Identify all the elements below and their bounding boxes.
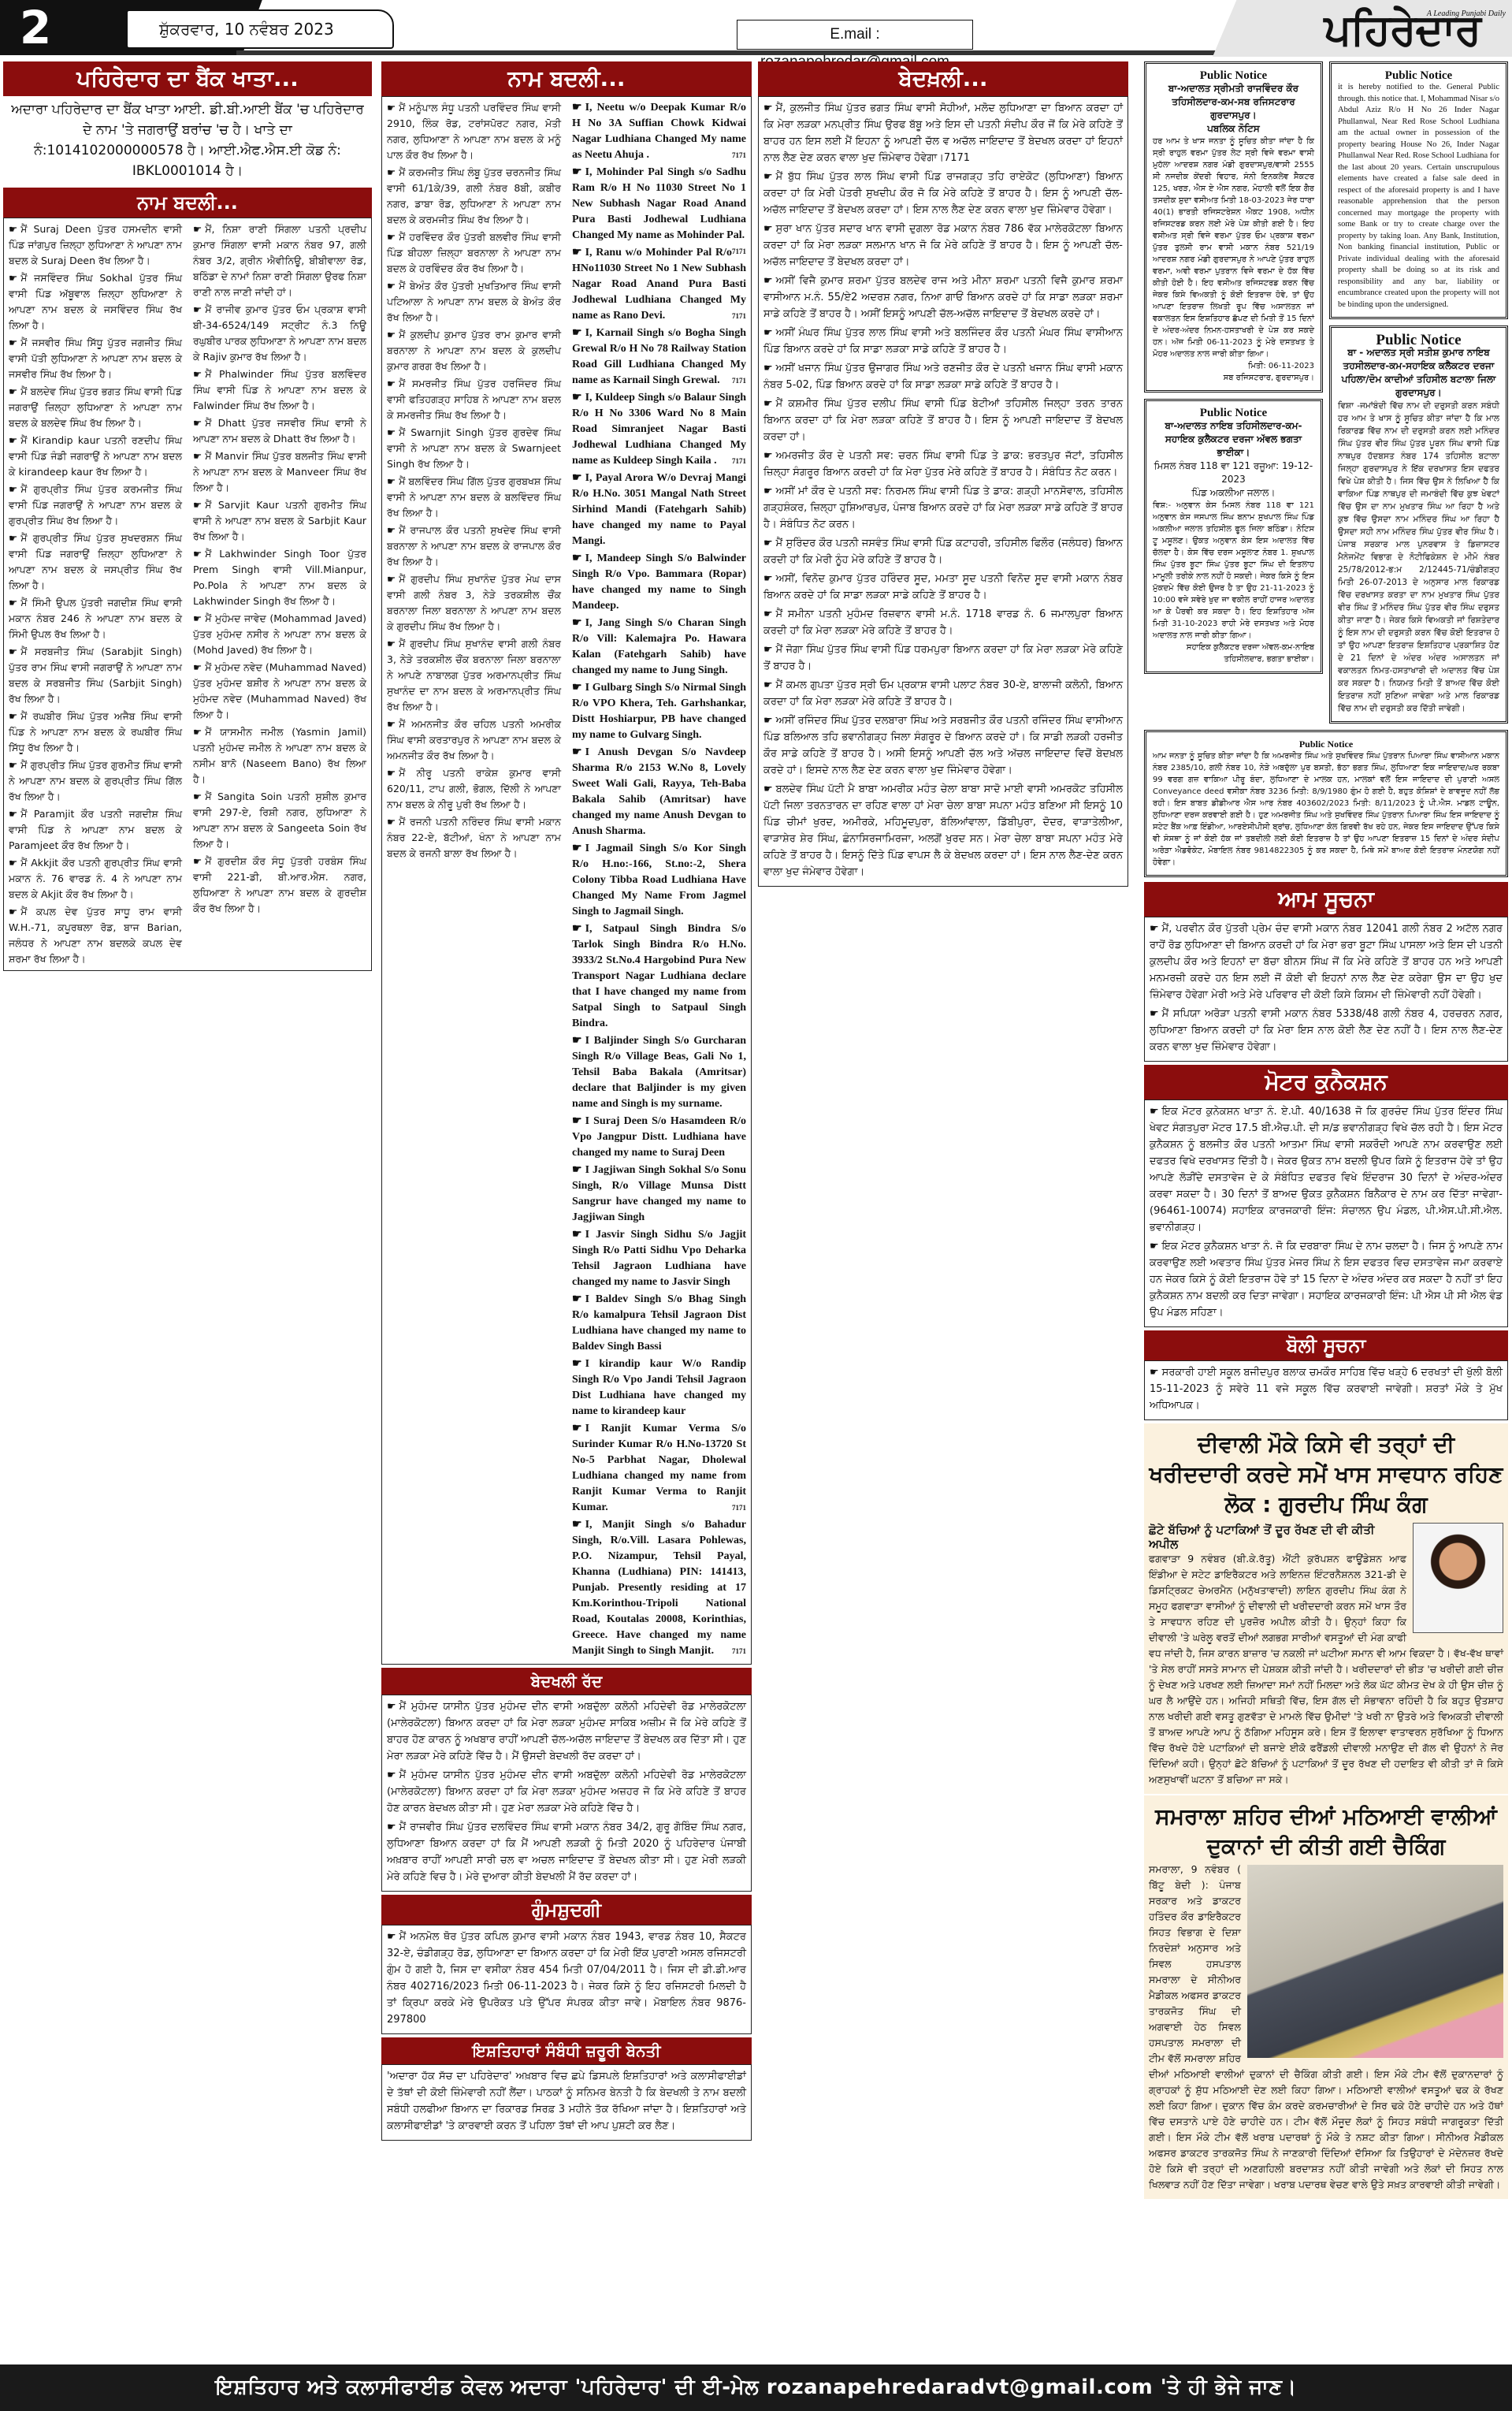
notice-text: ਅਸੀਂ ਰਜਿੰਦਰ ਸਿੰਘ ਪੁੱਤਰ ਦਲਬਾਰਾ ਸਿੰਘ ਅਤੇ ਸ… <box>763 715 1123 776</box>
notice-text: ਅਸੀਂ ਖਜਾਨ ਸਿੰਘ ਪੁੱਤਰ ਉਜਾਗਰ ਸਿੰਘ ਅਤੇ ਰਣਜੀ… <box>763 363 1123 391</box>
notice-text: ਮੈਂ ਰਘਬੀਰ ਸਿੰਘ ਪੁੱਤਰ ਅਜੈਬ ਸਿੰਘ ਵਾਸੀ ਪਿੰਡ… <box>9 710 182 753</box>
pointing-hand-icon: ☛ <box>1150 1106 1159 1118</box>
ad-request-heading: ਇਸ਼ਤਿਹਾਰਾਂ ਸੰਬੰਧੀ ਜ਼ਰੂਰੀ ਬੇਨਤੀ <box>381 2037 752 2064</box>
notice-text: ਮੈਂ Sangita Soin ਪਤਨੀ ਸੁਸ਼ੀਲ ਕੁਮਾਰ ਵਾਸੀ … <box>193 791 366 850</box>
pointing-hand-icon: ☛ <box>763 450 773 462</box>
notice-text: ਇਕ ਮੋਟਰ ਕੁਨੇਕਸ਼ਨ ਖਾਤਾ ਨੰ. ਏ.ਪੀ. 40/1638 … <box>1150 1106 1503 1233</box>
column-3: ਬੇਦਖ਼ਲੀ... ☛ਮੈਂ, ਕੁਲਜੀਤ ਸਿੰਘ ਪੁੱਤਰ ਭਗਤ ਸ… <box>758 61 1128 887</box>
pointing-hand-icon: ☛ <box>763 644 773 656</box>
notice-item: ☛ਅਸੀਂ ਖਜਾਨ ਸਿੰਘ ਪੁੱਤਰ ਉਜਾਗਰ ਸਿੰਘ ਅਤੇ ਰਣਜ… <box>763 360 1123 393</box>
notice-item: ☛I, Ranu w/o Mohinder Pal R/o HNo11030 S… <box>572 245 746 324</box>
pointing-hand-icon: ☛ <box>572 247 582 259</box>
notice-item: ☛ਮੈਂ Swarnjit Singh ਪੁੱਤਰ ਗੁਰਦੇਵ ਸਿੰਘ ਵਾ… <box>387 425 561 472</box>
notice-item: ☛ਮੈਂ, ਕੁਲਜੀਤ ਸਿੰਘ ਪੁੱਤਰ ਭਗਤ ਸਿੰਘ ਵਾਸੀ ਸੋ… <box>763 100 1123 166</box>
notice-text: I, Ranu w/o Mohinder Pal R/o HNo11030 St… <box>572 247 746 322</box>
notice-text: ਮੈਂ ਅਮਨਜੀਤ ਕੌਰ ਚਹਿਲ ਪਤਨੀ ਅਮਰੀਕ ਸਿੰਘ ਵਾਸੀ… <box>387 718 561 761</box>
pointing-hand-icon: ☛ <box>9 597 17 608</box>
pointing-hand-icon: ☛ <box>193 612 202 624</box>
pointing-hand-icon: ☛ <box>1150 1241 1159 1252</box>
notice-item: ☛ਮੈਂ ਕਰਮਜੀਤ ਸਿੰਘ ਲੰਬੂ ਪੁੱਤਰ ਚਰਨਜੀਤ ਸਿੰਘ … <box>387 165 561 228</box>
bank-account-details: ਅਦਾਰਾ ਪਹਿਰੇਦਾਰ ਦਾ ਬੈਂਕ ਖਾਤਾ ਆਈ. ਡੀ.ਬੀ.ਆਈ… <box>3 96 372 188</box>
pointing-hand-icon: ☛ <box>193 223 202 235</box>
pointing-hand-icon: ☛ <box>9 646 17 657</box>
notice-item: ☛I Anush Devgan S/o Navdeep Sharma R/o 2… <box>572 745 746 839</box>
pointing-hand-icon: ☛ <box>9 532 17 544</box>
notice-date: ਮਿਤੀ: 06-11-2023 <box>1153 360 1314 372</box>
notice-text: ਮੈਂ ਜਸਵਿੰਦਰ ਸਿੰਘ Sokhal ਪੁੱਤਰ ਸਿੰਘ ਵਾਸੀ … <box>9 272 182 331</box>
notice-text: ਮੈਂ ਜਸਵੀਰ ਸਿੰਘ ਸਿੱਧੂ ਪੁੱਤਰ ਜਗਜੀਤ ਸਿੰਘ ਵਾ… <box>9 337 182 380</box>
disinheritance-heading: ਬੇਦਖ਼ਲੀ... <box>758 61 1128 96</box>
notice-text: ਸੁਰਾ ਖਾਨ ਪੁੱਤਰ ਸਦਾਰ ਖਾਨ ਵਾਸੀ ਦੁਗਲਾ ਰੋਡ ਮ… <box>763 223 1123 268</box>
notice-title: Public Notice <box>1153 407 1314 419</box>
notice-text: I, Jang Singh S/o Charan Singh R/o Vill:… <box>572 617 746 676</box>
notice-item: ☛ਮੈਂ ਰਾਜਪਾਲ ਕੌਰ ਪਤਨੀ ਸੁਖਦੇਵ ਸਿੰਘ ਵਾਸੀ ਬਰ… <box>387 523 561 570</box>
notice-item: ☛ਮੈਂ ਕਪਲ ਦੇਵ ਪੁੱਤਰ ਸਾਧੂ ਰਾਮ ਵਾਸੀ W.H.-71… <box>9 904 182 967</box>
name-change-list-1: ☛ਮੈਂ Suraj Deen ਪੁੱਤਰ ਹਸਮਦੀਨ ਵਾਸੀ ਪਿੰਡ ਜ… <box>3 218 372 971</box>
notice-item: ☛ਮੈਂ ਅਮਨਜੀਤ ਕੌਰ ਚਹਿਲ ਪਤਨੀ ਅਮਰੀਕ ਸਿੰਘ ਵਾਸ… <box>387 716 561 764</box>
notice-item: ☛ਮੈਂ ਰਜਨੀ ਪਤਨੀ ਨਰਿੰਦਰ ਸਿੰਘ ਵਾਸੀ ਮਕਾਨ ਨੰਬ… <box>387 814 561 861</box>
notice-text: I Jasvir Singh Sidhu S/o Jagjit Singh R/… <box>572 1229 746 1288</box>
notice-item: ☛ਮੈਂ ਹਰਵਿੰਦਰ ਕੌਰ ਪੁੱਤਰੀ ਬਲਵੀਰ ਸਿੰਘ ਵਾਸੀ … <box>387 229 561 277</box>
notice-text: ਮੈਂ ਬਲਵਿੰਦਰ ਸਿੰਘ ਗਿੱਲ ਪੁੱਤਰ ਗੁਰਬਖਸ਼ ਸਿੰਘ… <box>387 475 561 519</box>
notice-text: ਮੈਂ ਸਿੰਮੀ ਉਪਲ ਪੁੱਤਰੀ ਜਗਦੀਸ਼ ਸਿੰਘ ਵਾਸੀ ਮਕ… <box>9 597 182 640</box>
notice-item: ☛ਮੈਂ Suraj Deen ਪੁੱਤਰ ਹਸਮਦੀਨ ਵਾਸੀ ਪਿੰਡ ਜ… <box>9 221 182 269</box>
notice-body: ਵਿਸ਼:- ਅਨੁਵਾਨ ਕੇਸ ਮਿਸਲ ਨੰਬਰ 118 ਵਾ 121 ਅ… <box>1153 500 1314 642</box>
disinheritance-cancel-list: ☛ਮੈਂ ਮੁਹੰਮਦ ਯਾਸੀਨ ਪੁੱਤਰ ਮੁਹੰਮਦ ਦੀਨ ਵਾਸੀ … <box>381 1695 752 1892</box>
notice-text: ਮੈਂ Paramjit ਕੌਰ ਪਤਨੀ ਜਗਦੀਸ਼ ਸਿੰਘ ਵਾਸੀ ਪ… <box>9 808 182 851</box>
editorial-email[interactable]: E.mail : rozanapehredar@gmail.com <box>737 20 973 50</box>
notice-item: ☛ਮੈਂ ਸਮੀਨਾ ਪਤਨੀ ਮੁਹੰਮਦ ਰਿਜ਼ਵਾਨ ਵਾਸੀ ਮ.ਨੰ… <box>763 606 1123 639</box>
pointing-hand-icon: ☛ <box>572 1229 582 1241</box>
ad-request-body: 'ਅਦਾਰਾ ਹੱਕ ਸੱਚ ਦਾ ਪਹਿਰੇਦਾਰ' ਅਖ਼ਬਾਰ ਵਿਚ ਛ… <box>387 2068 746 2134</box>
notice-text: I, Mandeep Singh S/o Balwinder Singh R/o… <box>572 553 746 612</box>
notice-text: ਬਲਦੇਵ ਸਿੰਘ ਪੱਟੀ ਮੈ ਬਾਬਾ ਅਮਰੀਕ ਮਹੰਤ ਚੇਲਾ … <box>763 783 1123 878</box>
notice-item: ☛ਮੈਂ ਮੁਹੰਮਦ ਨਵੇਦ (Muhammad Naved) ਪੁੱਤਰ … <box>193 660 366 723</box>
notice-item: ☛ਅਮਰਜੀਤ ਕੌਰ ਦੇ ਪਤਨੀ ਸਵ: ਚਰਨ ਸਿੰਘ ਵਾਸੀ ਪਿ… <box>763 448 1123 481</box>
pointing-hand-icon: ☛ <box>763 783 773 795</box>
footer-ad-banner: ਇਸ਼ਤਿਹਾਰ ਅਤੇ ਕਲਾਸੀਫਾਈਡ ਕੇਵਲ ਅਦਾਰਾ 'ਪਹਿਰੇ… <box>0 2364 1512 2411</box>
notice-item: ☛I, Satpaul Singh Bindra S/o Tarlok Sing… <box>572 921 746 1032</box>
notice-code: 7171 <box>732 373 746 389</box>
auction-notice: ☛ਸਰਕਾਰੀ ਹਾਈ ਸਕੂਲ ਬਜੀਦਪੁਰ ਬਲਾਕ ਚਮਕੌਰ ਸਾਹਿ… <box>1150 1364 1503 1414</box>
pointing-hand-icon: ☛ <box>193 450 202 462</box>
pointing-hand-icon: ☛ <box>572 617 582 629</box>
notice-item: ☛I, Mandeep Singh S/o Balwinder Singh R/… <box>572 551 746 614</box>
pointing-hand-icon: ☛ <box>763 608 773 620</box>
pointing-hand-icon: ☛ <box>9 808 17 820</box>
notice-item: ☛ਮੈਂ Sangita Soin ਪਤਨੀ ਸੁਸ਼ੀਲ ਕੁਮਾਰ ਵਾਸੀ… <box>193 789 366 852</box>
notice-item: ☛I, Neetu w/o Deepak Kumar R/o H No 3A S… <box>572 100 746 163</box>
notice-text: I, Neetu w/o Deepak Kumar R/o H No 3A Su… <box>572 102 746 161</box>
notice-item: ☛ਮੈਂ ਸਮਰਜੀਤ ਸਿੰਘ ਪੁੱਤਰ ਹਰਜਿੰਦਰ ਸਿੰਘ ਵਾਸੀ… <box>387 376 561 423</box>
pointing-hand-icon: ☛ <box>572 923 582 935</box>
notice-text: ਮੈਂ, ਪਰਵੀਨ ਕੌਰ ਪੁੱਤਰੀ ਪ੍ਰੇਮ ਚੰਦ ਵਾਸੀ ਮਕਾ… <box>1150 923 1503 1001</box>
notice-text: ਅਸੀਂ ਵਿਜੈ ਕੁਮਾਰ ਸ਼ਰਮਾ ਪੁੱਤਰ ਬਲਦੇਵ ਰਾਜ ਅਤ… <box>763 275 1123 320</box>
notice-item: ☛I, Payal Arora W/o Devraj Mangi R/o H.N… <box>572 471 746 549</box>
logo-tagline: A Leading Punjabi Daily <box>1427 9 1506 18</box>
notice-item: ☛ਮੈਂ Sarvjit Kaur ਪਤਨੀ ਗੁਰਮੀਤ ਸਿੰਘ ਵਾਸੀ … <box>193 497 366 545</box>
notice-text: ਮੈਂ ਰਾਜੀਵ ਕੁਮਾਰ ਪੁੱਤਰ ਓਮ ਪ੍ਰਕਾਸ਼ ਵਾਸੀ ਬੀ… <box>193 303 366 363</box>
pointing-hand-icon: ☛ <box>387 1701 396 1713</box>
name-change-heading-2: ਨਾਮ ਬਦਲੀ... <box>381 61 752 96</box>
pointing-hand-icon: ☛ <box>9 272 17 284</box>
page-number: 2 <box>0 0 71 55</box>
notice-text: ਮੈਂ ਰਾਜਪਾਲ ਕੌਰ ਪਤਨੀ ਸੁਖਦੇਵ ਸਿੰਘ ਵਾਸੀ ਬਰਨ… <box>387 524 561 567</box>
public-notice-bhagta: Public Notice ਬਾ-ਅਦਾਲਤ ਨਾਇਬ ਤਹਿਸੀਲਦਾਰ-ਕਮ… <box>1144 399 1323 674</box>
notice-item: ☛ਮੈਂ ਗੁਰਪ੍ਰੀਤ ਸਿੰਘ ਪੁੱਤਰ ਕਰਮਜੀਤ ਸਿੰਘ ਵਾਸ… <box>9 482 182 529</box>
pointing-hand-icon: ☛ <box>9 223 17 235</box>
notice-text: ਮੈਂ ਗੁਰਦੀਸ਼ ਕੌਰ ਸੰਧੂ ਪੁੱਤਰੀ ਹਰਬੰਸ ਸਿੰਘ ਵ… <box>193 855 366 914</box>
notice-text: ਮੈਂ ਕਰਮਜੀਤ ਸਿੰਘ ਲੰਬੂ ਪੁੱਤਰ ਚਰਨਜੀਤ ਸਿੰਘ ਵ… <box>387 166 561 225</box>
news-samrala-checking: ਸਮਰਾਲਾ ਸ਼ਹਿਰ ਦੀਆਂ ਮਠਿਆਈ ਵਾਲੀਆਂ ਦੁਕਾਨਾਂ ਦ… <box>1144 1795 1508 2199</box>
pointing-hand-icon: ☛ <box>9 857 17 869</box>
notice-text: ਅਮਰਜੀਤ ਕੌਰ ਦੇ ਪਤਨੀ ਸਵ: ਚਰਨ ਸਿੰਘ ਵਾਸੀ ਪਿੰ… <box>763 450 1123 478</box>
pointing-hand-icon: ☛ <box>9 759 17 771</box>
notice-title: Public Notice <box>1338 70 1499 82</box>
notice-text: I Anush Devgan S/o Navdeep Sharma R/o 21… <box>572 746 746 837</box>
general-notice-heading: ਆਮ ਸੂਚਨਾ <box>1144 882 1508 917</box>
disinheritance-cancel-heading: ਬੇਦਖਲੀ ਰੱਦ <box>381 1668 752 1695</box>
pointing-hand-icon: ☛ <box>9 434 17 446</box>
notice-text: ਮੈਂ ਯਾਸਮੀਨ ਜਮੀਲ (Yasmin Jamil) ਪਤਨੀ ਮੁਹੰ… <box>193 726 366 785</box>
notice-item: ☛ਮੈਂ ਸੁਰਿੰਦਰ ਕੌਰ ਪਤਨੀ ਜਸਵੰਤ ਸਿੰਘ ਵਾਸੀ ਪਿ… <box>763 535 1123 568</box>
notice-text: ਮੈਂ ਮੁਹੰਮਦ ਨਵੇਦ (Muhammad Naved) ਪੁੱਤਰ ਮ… <box>193 661 366 720</box>
notice-text: ਮੈਂ ਮੁਹੰਮਦ ਯਾਸੀਨ ਪੁੱਤਰ ਮੁਹੰਮਦ ਦੀਨ ਵਾਸੀ ਅ… <box>387 1701 746 1762</box>
pointing-hand-icon: ☛ <box>193 548 202 560</box>
notice-item: ☛ਮੈਂ Lakhwinder Singh Toor ਪੁੱਤਰ Prem Si… <box>193 546 366 609</box>
missing-heading: ਗੁੰਮਸ਼ੁਦਗੀ <box>381 1895 752 1925</box>
notice-item: ☛ਅਸੀਂ ਵਿਜੈ ਕੁਮਾਰ ਸ਼ਰਮਾ ਪੁੱਤਰ ਬਲਦੇਵ ਰਾਜ ਅ… <box>763 273 1123 322</box>
notice-item: ☛ਅਸੀਂ, ਵਿਨੋਦ ਕੁਮਾਰ ਪੁੱਤਰ ਹਰਿੰਦਰ ਸੂਦ, ਮਮਤ… <box>763 571 1123 604</box>
notice-item: ☛ਮੈਂ ਗੁਰਪ੍ਰੀਤ ਸਿੰਘ ਪੁੱਤਰ ਸੁਖਦਰਸ਼ਨ ਸਿੰਘ ਵ… <box>9 530 182 593</box>
notice-item: ☛ਅਸੀਂ ਮੰਘਰ ਸਿੰਘ ਪੁੱਤਰ ਲਾਲ ਸਿੰਘ ਵਾਸੀ ਅਤੇ … <box>763 325 1123 358</box>
notice-subtitle: ਪਬਲਿਕ ਨੋਟਿਸ <box>1153 122 1314 136</box>
notice-item: ☛ਮੈਂ ਸਿੰਮੀ ਉਪਲ ਪੁੱਤਰੀ ਜਗਦੀਸ਼ ਸਿੰਘ ਵਾਸੀ ਮ… <box>9 595 182 642</box>
notice-text: ਮੈਂ ਕਪਲ ਦੇਵ ਪੁੱਤਰ ਸਾਧੂ ਰਾਮ ਵਾਸੀ W.H.-71,… <box>9 906 182 965</box>
notice-code: 7171 <box>732 1500 746 1516</box>
notice-text: I, Manjit Singh s/o Bahadur Singh, R/o.V… <box>572 1519 746 1657</box>
notice-text: ਮੈਂ ਮਨੂੰਪਾਲ ਸੰਧੂ ਪਤਨੀ ਪਰਵਿੰਦਰ ਸਿੰਘ ਵਾਸੀ … <box>387 102 561 161</box>
notice-text: ਮੈਂ ਸੁਰਿੰਦਰ ਕੌਰ ਪਤਨੀ ਜਸਵੰਤ ਸਿੰਘ ਵਾਸੀ ਪਿੰ… <box>763 538 1123 566</box>
notice-item: ☛ਬਲਦੇਵ ਸਿੰਘ ਪੱਟੀ ਮੈ ਬਾਬਾ ਅਮਰੀਕ ਮਹੰਤ ਚੇਲਾ… <box>763 781 1123 880</box>
notice-title: Public Notice <box>1338 334 1499 346</box>
notice-item: ☛ਮੈਂ ਬੁੱਧ ਸਿੰਘ ਪੁੱਤਰ ਲਾਲ ਸਿੰਘ ਵਾਸੀ ਪਿੰਡ … <box>763 169 1123 218</box>
notice-text: ਮੈਂ ਬੁੱਧ ਸਿੰਘ ਪੁੱਤਰ ਲਾਲ ਸਿੰਘ ਵਾਸੀ ਪਿੰਡ ਰ… <box>763 171 1123 216</box>
pointing-hand-icon: ☛ <box>387 573 396 585</box>
name-change-list-2: ☛ਮੈਂ ਮਨੂੰਪਾਲ ਸੰਧੂ ਪਤਨੀ ਪਰਵਿੰਦਰ ਸਿੰਘ ਵਾਸੀ… <box>381 96 752 1665</box>
notice-text: I Jagjiwan Singh Sokhal S/o Sonu Singh, … <box>572 1164 746 1223</box>
pointing-hand-icon: ☛ <box>572 102 582 113</box>
pointing-hand-icon: ☛ <box>387 102 396 113</box>
bank-account-heading: ਪਹਿਰੇਦਾਰ ਦਾ ਬੈਂਕ ਖਾਤਾ... <box>3 61 372 96</box>
notice-code: 7171 <box>732 308 746 324</box>
notice-item: ☛ਇਕ ਮੋਟਰ ਕੁਨੇਕਸ਼ਨ ਖਾਤਾ ਨੰ. ਏ.ਪੀ. 40/1638… <box>1150 1103 1503 1236</box>
pointing-hand-icon: ☛ <box>763 363 773 374</box>
notice-text: ਮੈਂ ਕੁਲਦੀਪ ਕੁਮਾਰ ਪੁੱਤਰ ਰਾਮ ਕੁਮਾਰ ਵਾਸੀ ਬਰ… <box>387 329 561 372</box>
pointing-hand-icon: ☛ <box>387 1931 396 1943</box>
notice-item: ☛ਮੈਂ ਮੁਹੰਮਦ ਜਾਵੇਦ (Mohammad Javed) ਪੁੱਤਰ… <box>193 611 366 658</box>
pointing-hand-icon: ☛ <box>572 1164 582 1176</box>
notice-body: ਹਰ ਆਮ ਤੇ ਖਾਸ ਜਨਤਾ ਨੂੰ ਸੂਚਿਤ ਕੀਤਾ ਜਾਂਦਾ ਹ… <box>1153 136 1314 360</box>
name-change-punjabi-list: ☛ਮੈਂ ਮਨੂੰਪਾਲ ਸੰਧੂ ਪਤਨੀ ਪਰਵਿੰਦਰ ਸਿੰਘ ਵਾਸੀ… <box>387 100 561 1661</box>
notice-text: ਅਸੀਂ, ਵਿਨੋਦ ਕੁਮਾਰ ਪੁੱਤਰ ਹਰਿੰਦਰ ਸੂਦ, ਮਮਤਾ… <box>763 573 1123 601</box>
notice-item: ☛ਮੈਂ ਰਘਬੀਰ ਸਿੰਘ ਪੁੱਤਰ ਅਜੈਬ ਸਿੰਘ ਵਾਸੀ ਪਿੰ… <box>9 709 182 756</box>
notice-court: ਬਾ - ਅਦਾਲਤ ਸ੍ਰੀ ਸਤੀਸ਼ ਕੁਮਾਰ ਨਾਇਬ ਤਹਸੀਲਦਾ… <box>1338 346 1499 400</box>
notice-item: ☛ਮੈਂ ਗੁਰਦੀਪ ਸਿੰਘ ਸੁਖਾਨੰਦ ਵਾਸੀ ਗਲੀ ਨੰਬਰ 3… <box>387 636 561 715</box>
pointing-hand-icon: ☛ <box>387 231 396 243</box>
notice-text: ਮੈਂ ਹਰਵਿੰਦਰ ਕੌਰ ਪੁੱਤਰੀ ਬਲਵੀਰ ਸਿੰਘ ਵਾਸੀ ਪ… <box>387 231 561 274</box>
notice-item: ☛ਮੈਂ ਯਾਸਮੀਨ ਜਮੀਲ (Yasmin Jamil) ਪਤਨੀ ਮੁਹ… <box>193 724 366 787</box>
notice-text: I Gulbarg Singh S/o Nirmal Singh R/o VPO… <box>572 682 746 741</box>
notice-text: I Ranjit Kumar Verma S/o Surinder Kumar … <box>572 1423 746 1513</box>
pointing-hand-icon: ☛ <box>763 679 773 691</box>
notice-item: ☛ਮੈਂ, ਨਿਸ਼ਾ ਰਾਣੀ ਸਿੰਗਲਾ ਪਤਨੀ ਪ੍ਰਦੀਪ ਕੁਮਾ… <box>193 221 366 300</box>
notice-text: ਮੈਂ Manvir ਸਿੰਘ ਪੁੱਤਰ ਬਲਜੀਤ ਸਿੰਘ ਵਾਸੀ ਨੇ… <box>193 450 366 493</box>
notice-item: ☛ਮੈਂ ਕਸ਼ਮੀਰ ਸਿੰਘ ਪੁੱਤਰ ਦਲੀਪ ਸਿੰਘ ਵਾਸੀ ਪਿ… <box>763 396 1123 445</box>
notice-code: 7171 <box>944 152 970 164</box>
notice-text: I Baljinder Singh S/o Gurcharan Singh R/… <box>572 1035 746 1110</box>
pointing-hand-icon: ☛ <box>572 166 582 178</box>
notice-code: 7171 <box>732 147 746 163</box>
notice-case-number: ਮਿਸਲ ਨੰਬਰ 118 ਵਾ 121 ਰਜੂਆ: 19-12-2023 <box>1153 460 1314 486</box>
notice-item: ☛ਮੈਂ ਗੁਰਦੀਪ ਸਿੰਘ ਸੁਖਾਨੰਦ ਪੁੱਤਰ ਮੇਘ ਦਾਸ ਵ… <box>387 571 561 634</box>
disinheritance-list: ☛ਮੈਂ, ਕੁਲਜੀਤ ਸਿੰਘ ਪੁੱਤਰ ਭਗਤ ਸਿੰਘ ਵਾਸੀ ਸੋ… <box>758 96 1128 887</box>
notice-text: ਮੈਂ ਰਾਜਵੀਰ ਸਿੰਘ ਪੁੱਤਰ ਦਲਵਿੰਦਰ ਸਿੰਘ ਵਾਸੀ … <box>387 1821 746 1883</box>
notice-item: ☛ਮੈਂ ਬੇਅੰਤ ਕੌਰ ਪੁੱਤਰੀ ਮੁਖਤਿਆਰ ਸਿੰਘ ਵਾਸੀ … <box>387 278 561 326</box>
notice-item: ☛ਮੈਂ ਗੁਰਦੀਸ਼ ਕੌਰ ਸੰਧੂ ਪੁੱਤਰੀ ਹਰਬੰਸ ਸਿੰਘ … <box>193 854 366 917</box>
news-diwali-shopping: ਦੀਵਾਲੀ ਮੌਕੇ ਕਿਸੇ ਵੀ ਤਰ੍ਹਾਂ ਦੀ ਖਰੀਦਦਾਰੀ ਕ… <box>1144 1423 1508 1794</box>
pointing-hand-icon: ☛ <box>9 385 17 397</box>
notice-item: ☛I Jagjiwan Singh Sokhal S/o Sonu Singh,… <box>572 1163 746 1226</box>
notice-text: ਮੈਂ Sarvjit Kaur ਪਤਨੀ ਗੁਰਮੀਤ ਸਿੰਘ ਵਾਸੀ ਨ… <box>193 499 366 542</box>
public-notices-top: Public Notice ਬਾ-ਅਦਾਲਤ ਸ੍ਰੀਮਤੀ ਰਾਜਵਿੰਦਰ … <box>1144 61 1508 724</box>
pointing-hand-icon: ☛ <box>387 1821 396 1833</box>
notice-item: ☛ਮੈਂ ਜੋਗਾ ਸਿੰਘ ਪੁੱਤਰ ਸਿੰਘ ਵਾਸੀ ਪਿੰਡ ਧਰਮਪ… <box>763 642 1123 675</box>
notice-item: ☛ਅਸੀਂ ਰਜਿੰਦਰ ਸਿੰਘ ਪੁੱਤਰ ਦਲਬਾਰਾ ਸਿੰਘ ਅਤੇ … <box>763 713 1123 779</box>
pointing-hand-icon: ☛ <box>193 661 202 673</box>
auction-heading: ਬੋਲੀ ਸੂਚਨਾ <box>1144 1330 1508 1360</box>
column-4: Public Notice ਬਾ-ਅਦਾਲਤ ਸ੍ਰੀਮਤੀ ਰਾਜਵਿੰਦਰ … <box>1144 61 1508 2199</box>
notice-text: ਮੈਂ Akkjit ਕੌਰ ਪਤਨੀ ਗੁਰਪ੍ਰੀਤ ਸਿੰਘ ਵਾਸੀ ਮ… <box>9 857 182 900</box>
notice-item: ☛I, Kuldeep Singh s/o Balaur Singh R/o H… <box>572 390 746 469</box>
notice-text: ਮੈਂ ਸਪਿਯਾ ਅਰੋੜਾ ਪਤਨੀ ਵਾਸੀ ਮਕਾਨ ਨੰਬਰ 5338… <box>1150 1008 1503 1053</box>
notice-item: ☛ਮੈਂ ਗੁਰਪ੍ਰੀਤ ਸਿੰਘ ਪੁੱਤਰ ਗੁਰਮੀਤ ਸਿੰਘ ਵਾਸ… <box>9 757 182 805</box>
notice-item: ☛ਇਕ ਮੋਟਰ ਕੁਨੈਕਸ਼ਨ ਖਾਤਾ ਨੰ. ਜੋ ਕਿ ਦਰਬਾਰਾ … <box>1150 1238 1503 1321</box>
pointing-hand-icon: ☛ <box>387 426 396 438</box>
pointing-hand-icon: ☛ <box>572 1115 582 1127</box>
pointing-hand-icon: ☛ <box>572 843 582 854</box>
pointing-hand-icon: ☛ <box>387 475 396 487</box>
notice-text: ਮੈਂ ਗੁਰਪ੍ਰੀਤ ਸਿੰਘ ਪੁੱਤਰ ਕਰਮਜੀਤ ਸਿੰਘ ਵਾਸੀ… <box>9 483 182 526</box>
notice-item: ☛ਮੈਂ ਕਮਲ ਗੁਪਤਾ ਪੁੱਤਰ ਸ੍ਰੀ ਓਮ ਪ੍ਰਕਾਸ਼ ਵਾਸ… <box>763 677 1123 710</box>
pointing-hand-icon: ☛ <box>387 1769 396 1781</box>
news-headline: ਸਮਰਾਲਾ ਸ਼ਹਿਰ ਦੀਆਂ ਮਠਿਆਈ ਵਾਲੀਆਂ ਦੁਕਾਨਾਂ ਦ… <box>1149 1802 1503 1862</box>
notice-item: ☛ਮੈਂ ਮਨੂੰਪਾਲ ਸੰਧੂ ਪਤਨੀ ਪਰਵਿੰਦਰ ਸਿੰਘ ਵਾਸੀ… <box>387 100 561 163</box>
notice-text: I, Payal Arora W/o Devraj Mangi R/o H.No… <box>572 472 746 547</box>
notice-text: ਮੈਂ Dhatt ਪੁੱਤਰ ਜਸਵੀਰ ਸਿੰਘ ਵਾਸੀ ਨੇ ਆਪਣਾ … <box>193 417 366 445</box>
pointing-hand-icon: ☛ <box>763 327 773 339</box>
notice-village: ਪਿੰਡ ਅਕਲੀਆ ਜਲਾਲ। <box>1153 486 1314 500</box>
notice-item: ☛I Suraj Deen S/o Hasamdeen R/o Vpo Jang… <box>572 1114 746 1161</box>
notice-body: it is hereby notified to the. General Pu… <box>1338 82 1499 311</box>
public-notice-lost-deed: Public Notice ਆਮ ਜਨਤਾ ਨੂੰ ਸੂਚਿਤ ਕੀਤਾ ਜਾਂ… <box>1144 730 1508 877</box>
news-headline: ਦੀਵਾਲੀ ਮੌਕੇ ਕਿਸੇ ਵੀ ਤਰ੍ਹਾਂ ਦੀ ਖਰੀਦਦਾਰੀ ਕ… <box>1149 1430 1503 1520</box>
public-notice-gurdaspur: Public Notice ਬਾ-ਅਦਾਲਤ ਸ੍ਰੀਮਤੀ ਰਾਜਵਿੰਦਰ … <box>1144 61 1323 393</box>
notice-item: ☛ਮੈਂ ਬਲਵਿੰਦਰ ਸਿੰਘ ਗਿੱਲ ਪੁੱਤਰ ਗੁਰਬਖਸ਼ ਸਿੰ… <box>387 474 561 521</box>
pointing-hand-icon: ☛ <box>387 638 396 649</box>
notice-item: ☛I, Jang Singh S/o Charan Singh R/o Vill… <box>572 616 746 679</box>
notice-title: Public Notice <box>1153 739 1499 750</box>
notice-item: ☛I Jagmail Singh S/o Kor Singh R/o H.no:… <box>572 841 746 920</box>
notice-signature: ਸਹਾਇਕ ਕੁਲੈਕਟਰ ਦਰਜਾ ਅੱਵਲ-ਕਮ-ਨਾਇਬ ਤਹਿਸੀਲਦਾ… <box>1153 642 1314 665</box>
masthead: 2 ਸ਼ੁੱਕਰਵਾਰ, 10 ਨਵੰਬਰ 2023 E.mail : roza… <box>0 0 1512 57</box>
notice-text: ਅਸੀਂ ਮੰਘਰ ਸਿੰਘ ਪੁੱਤਰ ਲਾਲ ਸਿੰਘ ਵਾਸੀ ਅਤੇ ਬ… <box>763 327 1123 355</box>
column-1: ਪਹਿਰੇਦਾਰ ਦਾ ਬੈਂਕ ਖਾਤਾ... ਅਦਾਰਾ ਪਹਿਰੇਦਾਰ … <box>3 61 372 971</box>
notice-text: ਮੈਂ ਕਮਲ ਗੁਪਤਾ ਪੁੱਤਰ ਸ੍ਰੀ ਓਮ ਪ੍ਰਕਾਸ਼ ਵਾਸੀ… <box>763 679 1123 708</box>
pointing-hand-icon: ☛ <box>763 538 773 549</box>
pointing-hand-icon: ☛ <box>763 398 773 410</box>
notice-text: ਮੈਂ, ਨਿਸ਼ਾ ਰਾਣੀ ਸਿੰਗਲਾ ਪਤਨੀ ਪ੍ਰਦੀਪ ਕੁਮਾਰ… <box>193 223 366 298</box>
notice-text: ਮੈਂ ਗੁਰਦੀਪ ਸਿੰਘ ਸੁਖਾਨੰਦ ਵਾਸੀ ਗਲੀ ਨੰਬਰ 3,… <box>387 638 561 713</box>
issue-date: ਸ਼ੁੱਕਰਵਾਰ, 10 ਨਵੰਬਰ 2023 <box>126 9 394 49</box>
notice-item: ☛ਮੈਂ Manvir ਸਿੰਘ ਪੁੱਤਰ ਬਲਜੀਤ ਸਿੰਘ ਵਾਸੀ ਨ… <box>193 448 366 496</box>
notice-item: ☛ਮੈਂ ਜਸਵਿੰਦਰ ਸਿੰਘ Sokhal ਪੁੱਤਰ ਸਿੰਘ ਵਾਸੀ… <box>9 270 182 333</box>
notice-text: ਮੈਂ ਰਜਨੀ ਪਤਨੀ ਨਰਿੰਦਰ ਸਿੰਘ ਵਾਸੀ ਮਕਾਨ ਨੰਬਰ… <box>387 816 561 859</box>
pointing-hand-icon: ☛ <box>387 816 396 828</box>
pointing-hand-icon: ☛ <box>763 223 773 235</box>
notice-text: ਮੈਂ ਬਲਦੇਵ ਸਿੰਘ ਪੁੱਤਰ ਭਗਤ ਸਿੰਘ ਵਾਸੀ ਪਿੰਡ … <box>9 385 182 429</box>
notice-text: I Jagmail Singh S/o Kor Singh R/o H.no:-… <box>572 843 746 917</box>
notice-item: ☛ਮੈਂ ਰਾਜਵੀਰ ਸਿੰਘ ਪੁੱਤਰ ਦਲਵਿੰਦਰ ਸਿੰਘ ਵਾਸੀ… <box>387 1819 746 1885</box>
name-change-english-list: ☛I, Neetu w/o Deepak Kumar R/o H No 3A S… <box>572 100 746 1661</box>
notice-text: ਮੈਂ ਬੇਅੰਤ ਕੌਰ ਪੁੱਤਰੀ ਮੁਖਤਿਆਰ ਸਿੰਘ ਵਾਸੀ ਪ… <box>387 280 561 323</box>
notice-text: ਮੈਂ ਗੁਰਪ੍ਰੀਤ ਸਿੰਘ ਪੁੱਤਰ ਸੁਖਦਰਸ਼ਨ ਸਿੰਘ ਵਾ… <box>9 532 182 591</box>
notice-item: ☛ਮੈਂ ਬਲਦੇਵ ਸਿੰਘ ਪੁੱਤਰ ਭਗਤ ਸਿੰਘ ਵਾਸੀ ਪਿੰਡ… <box>9 384 182 431</box>
pointing-hand-icon: ☛ <box>572 1519 582 1531</box>
notice-item: ☛I Baljinder Singh S/o Gurcharan Singh R… <box>572 1033 746 1112</box>
notice-item: ☛ਮੈਂ ਸਰਬਜੀਤ ਸਿੰਘ (Sarabjit Singh) ਪੁੱਤਰ … <box>9 644 182 707</box>
pointing-hand-icon: ☛ <box>572 746 582 758</box>
notice-text: ਮੈਂ ਸਮੀਨਾ ਪਤਨੀ ਮੁਹੰਮਦ ਰਿਜ਼ਵਾਨ ਵਾਸੀ ਮ.ਨੰ.… <box>763 608 1123 637</box>
notice-code: 7171 <box>732 453 746 469</box>
pointing-hand-icon: ☛ <box>572 553 582 564</box>
pointing-hand-icon: ☛ <box>572 682 582 694</box>
pointing-hand-icon: ☛ <box>763 486 773 497</box>
notice-item: ☛ਮੈਂ ਮੁਹੰਮਦ ਯਾਸੀਨ ਪੁੱਤਰ ਮੁਹੰਮਦ ਦੀਨ ਵਾਸੀ … <box>387 1698 746 1765</box>
pointing-hand-icon: ☛ <box>193 499 202 511</box>
notice-item: ☛ਮੈਂ Paramjit ਕੌਰ ਪਤਨੀ ਜਗਦੀਸ਼ ਸਿੰਘ ਵਾਸੀ … <box>9 806 182 854</box>
pointing-hand-icon: ☛ <box>572 392 582 404</box>
pointing-hand-icon: ☛ <box>572 472 582 484</box>
notice-item: ☛I Jasvir Singh Sidhu S/o Jagjit Singh R… <box>572 1227 746 1290</box>
pointing-hand-icon: ☛ <box>9 483 17 495</box>
motor-connection-list: ☛ਇਕ ਮੋਟਰ ਕੁਨੇਕਸ਼ਨ ਖਾਤਾ ਨੰ. ਏ.ਪੀ. 40/1638… <box>1144 1099 1508 1327</box>
notice-text: ਮੈਂ ਜੋਗਾ ਸਿੰਘ ਪੁੱਤਰ ਸਿੰਘ ਵਾਸੀ ਪਿੰਡ ਧਰਮਪੁ… <box>763 644 1123 672</box>
photo-sweet-shop-inspection <box>1247 1865 1503 2058</box>
notice-text: ਮੈਂ ਸਰਬਜੀਤ ਸਿੰਘ (Sarabjit Singh) ਪੁੱਤਰ ਰ… <box>9 646 182 705</box>
pointing-hand-icon: ☛ <box>193 303 202 315</box>
notice-text: ਮੈਂ ਮੁਹੰਮਦ ਜਾਵੇਦ (Mohammad Javed) ਪੁੱਤਰ … <box>193 612 366 656</box>
notice-text: ਮੈਂ ਸਮਰਜੀਤ ਸਿੰਘ ਪੁੱਤਰ ਹਰਜਿੰਦਰ ਸਿੰਘ ਵਾਸੀ … <box>387 378 561 421</box>
notice-text: I kirandip kaur W/o Randip Singh R/o Vpo… <box>572 1358 746 1417</box>
notice-item: ☛I, Karnail Singh s/o Bogha Singh Grewal… <box>572 326 746 389</box>
notice-text: I Suraj Deen S/o Hasamdeen R/o Vpo Jangp… <box>572 1115 746 1159</box>
notice-item: ☛I Gulbarg Singh S/o Nirmal Singh R/o VP… <box>572 680 746 743</box>
pointing-hand-icon: ☛ <box>763 102 773 114</box>
notice-text: ਮੈਂ Suraj Deen ਪੁੱਤਰ ਹਸਮਦੀਨ ਵਾਸੀ ਪਿੰਡ ਜਾ… <box>9 223 182 266</box>
pointing-hand-icon: ☛ <box>1150 923 1159 935</box>
notice-item: ☛I kirandip kaur W/o Randip Singh R/o Vp… <box>572 1356 746 1419</box>
pointing-hand-icon: ☛ <box>9 906 17 917</box>
pointing-hand-icon: ☛ <box>387 718 396 730</box>
photo-gurdeep-singh-kang <box>1413 1523 1503 1633</box>
notice-item: ☛ਸੁਰਾ ਖਾਨ ਪੁੱਤਰ ਸਦਾਰ ਖਾਨ ਵਾਸੀ ਦੁਗਲਾ ਰੋਡ … <box>763 221 1123 270</box>
pointing-hand-icon: ☛ <box>572 1358 582 1370</box>
pointing-hand-icon: ☛ <box>387 524 396 536</box>
notice-code: 7171 <box>732 1643 746 1659</box>
masthead-rule <box>236 50 1220 55</box>
notice-court: ਬਾ-ਅਦਾਲਤ ਨਾਇਬ ਤਹਿਸੀਲਦਾਰ-ਕਮ-ਸਹਾਇਕ ਕੁਲੈਕਟਰ… <box>1153 419 1314 460</box>
pointing-hand-icon: ☛ <box>193 368 202 380</box>
pointing-hand-icon: ☛ <box>9 710 17 722</box>
notice-item: ☛ਮੈਂ ਰਾਜੀਵ ਕੁਮਾਰ ਪੁੱਤਰ ਓਮ ਪ੍ਰਕਾਸ਼ ਵਾਸੀ ਬ… <box>193 302 366 365</box>
pointing-hand-icon: ☛ <box>193 791 202 802</box>
notice-text: I, Mohinder Pal Singh s/o Sadhu Ram R/o … <box>572 166 746 241</box>
notice-text: I Baldev Singh S/o Bhag Singh R/o kamalp… <box>572 1293 746 1352</box>
notice-text: ਮੈਂ Kirandip kaur ਪਤਨੀ ਰਣਦੀਪ ਸਿੰਘ ਵਾਸੀ ਪ… <box>9 434 182 478</box>
notice-item: ☛ਮੈਂ ਨੀਰੂ ਪਤਨੀ ਰਾਕੇਸ਼ ਕੁਮਾਰ ਵਾਸੀ 620/11,… <box>387 765 561 813</box>
notice-code: 7171 <box>732 244 746 259</box>
notice-item: ☛ਮੈਂ, ਪਰਵੀਨ ਕੌਰ ਪੁੱਤਰੀ ਪ੍ਰੇਮ ਚੰਦ ਵਾਸੀ ਮਕ… <box>1150 921 1503 1003</box>
notice-item: ☛ਅਸੀਂ ਮਾਂ ਕੌਰ ਦੇ ਪਤਨੀ ਸਵ: ਨਿਰਮਲ ਸਿੰਘ ਵਾਸ… <box>763 483 1123 533</box>
pointing-hand-icon: ☛ <box>1150 1367 1159 1379</box>
notice-text: ਇਕ ਮੋਟਰ ਕੁਨੈਕਸ਼ਨ ਖਾਤਾ ਨੰ. ਜੋ ਕਿ ਦਰਬਾਰਾ ਸ… <box>1150 1241 1503 1319</box>
notice-signature: ਸਬ ਰਜਿਸਟਰਾਰ, ਗੁਰਦਾਸਪੁਰ। <box>1153 372 1314 384</box>
pointing-hand-icon: ☛ <box>1150 1008 1159 1020</box>
notice-text: ਮੈਂ Phalwinder ਸਿੰਘ ਪੁੱਤਰ ਬਲਵਿੰਦਰ ਸਿੰਘ ਵ… <box>193 368 366 411</box>
public-notice-ludhiana-english: Public Notice it is hereby notified to t… <box>1329 61 1508 319</box>
auction-box: ☛ਸਰਕਾਰੀ ਹਾਈ ਸਕੂਲ ਬਜੀਦਪੁਰ ਬਲਾਕ ਚਮਕੌਰ ਸਾਹਿ… <box>1144 1360 1508 1420</box>
pointing-hand-icon: ☛ <box>763 171 773 183</box>
pointing-hand-icon: ☛ <box>763 715 773 727</box>
ad-request-box: 'ਅਦਾਰਾ ਹੱਕ ਸੱਚ ਦਾ ਪਹਿਰੇਦਾਰ' ਅਖ਼ਬਾਰ ਵਿਚ ਛ… <box>381 2064 752 2141</box>
notice-text: ਮੈਂ ਗੁਰਪ੍ਰੀਤ ਸਿੰਘ ਪੁੱਤਰ ਗੁਰਮੀਤ ਸਿੰਘ ਵਾਸੀ… <box>9 759 182 802</box>
notice-item: ☛I Ranjit Kumar Verma S/o Surinder Kumar… <box>572 1421 746 1516</box>
notice-title: Public Notice <box>1153 70 1314 82</box>
notice-text: ਮੈਂ ਨੀਰੂ ਪਤਨੀ ਰਾਕੇਸ਼ ਕੁਮਾਰ ਵਾਸੀ 620/11, … <box>387 767 561 810</box>
notice-court: ਬਾ-ਅਦਾਲਤ ਸ੍ਰੀਮਤੀ ਰਾਜਵਿੰਦਰ ਕੌਰ ਤਹਿਸੀਲਦਾਰ-… <box>1153 82 1314 122</box>
public-notice-qadian: Public Notice ਬਾ - ਅਦਾਲਤ ਸ੍ਰੀ ਸਤੀਸ਼ ਕੁਮਾ… <box>1329 326 1508 724</box>
notice-text: I, Karnail Singh s/o Bogha Singh Grewal … <box>572 327 746 386</box>
pointing-hand-icon: ☛ <box>9 337 17 348</box>
pointing-hand-icon: ☛ <box>572 327 582 339</box>
notice-item: ☛ਮੈਂ ਸਪਿਯਾ ਅਰੋੜਾ ਪਤਨੀ ਵਾਸੀ ਮਕਾਨ ਨੰਬਰ 533… <box>1150 1006 1503 1055</box>
notice-item: ☛ਮੈਂ Kirandip kaur ਪਤਨੀ ਰਣਦੀਪ ਸਿੰਘ ਵਾਸੀ … <box>9 433 182 480</box>
notice-text: ਮੈਂ ਗੁਰਦੀਪ ਸਿੰਘ ਸੁਖਾਨੰਦ ਪੁੱਤਰ ਮੇਘ ਦਾਸ ਵਾ… <box>387 573 561 632</box>
notice-item: ☛ਮੈਂ ਮੁਹੰਮਦ ਯਾਸੀਨ ਪੁੱਤਰ ਮੁਹੰਮਦ ਦੀਨ ਵਾਸੀ … <box>387 1767 746 1817</box>
pointing-hand-icon: ☛ <box>572 1423 582 1434</box>
notice-item: ☛ਮੈਂ Dhatt ਪੁੱਤਰ ਜਸਵੀਰ ਸਿੰਘ ਵਾਸੀ ਨੇ ਆਪਣਾ… <box>193 415 366 447</box>
notice-text: ਮੈਂ ਕਸ਼ਮੀਰ ਸਿੰਘ ਪੁੱਤਰ ਦਲੀਪ ਸਿੰਘ ਵਾਸੀ ਪਿੰ… <box>763 398 1123 443</box>
notice-item: ☛I Baldev Singh S/o Bhag Singh R/o kamal… <box>572 1292 746 1355</box>
notice-body: ਆਮ ਜਨਤਾ ਨੂੰ ਸੂਚਿਤ ਕੀਤਾ ਜਾਂਦਾ ਹੈ ਕਿ ਅਮਰਜੀ… <box>1153 750 1499 869</box>
notice-item: ☛I, Manjit Singh s/o Bahadur Singh, R/o.… <box>572 1517 746 1659</box>
missing-notice: ☛ਮੈਂ ਅਨਮੋਲ ਥੋਰ ਪੁੱਤਰ ਕਪਿਲ ਕੁਮਾਰ ਵਾਸੀ ਮਕਾ… <box>387 1929 746 2028</box>
notice-item: ☛ਮੈਂ ਜਸਵੀਰ ਸਿੰਘ ਸਿੱਧੂ ਪੁੱਤਰ ਜਗਜੀਤ ਸਿੰਘ ਵ… <box>9 335 182 382</box>
pointing-hand-icon: ☛ <box>763 573 773 585</box>
notice-text: ਮੈਂ Swarnjit Singh ਪੁੱਤਰ ਗੁਰਦੇਵ ਸਿੰਘ ਵਾਸ… <box>387 426 561 470</box>
notice-text: I, Satpaul Singh Bindra S/o Tarlok Singh… <box>572 923 746 1029</box>
